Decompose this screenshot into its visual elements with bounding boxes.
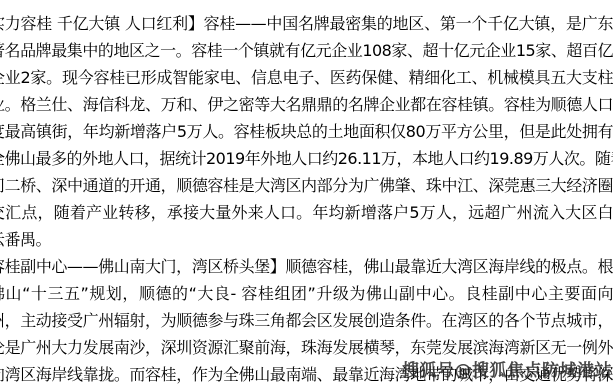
text-line: 佛山“十三五”规划，顺德的“大良- 容桂组团”升级为佛山副中心。良桂副中心主要面… (0, 280, 613, 307)
text-line: 州，主动接受广州辐射，为顺德参与珠三角都会区发展创造条件。在湾区的各个节点城市， (0, 307, 613, 334)
text-line: 实力容桂 千亿大镇 人口红利】容桂——中国名牌最密集的地区、第一个千亿大镇，是广… (0, 10, 613, 37)
text-line: 交汇点，随着产业转移，承接大量外来人口。年均新增落户5万人，远超广州流入大区白 (0, 199, 613, 226)
text-line: 全佛山最多的外地人口，据统计2019年外地人口约26.11万，本地人口约19.8… (0, 145, 613, 172)
text-line: 企业2家。现今容桂已形成智能家电、信息电子、医药保健、精细化工、机械模具五大支柱 (0, 64, 613, 91)
text-line: 度最高镇街，年均新增落户5万人。容桂板块总的土地面积仅80万平方公里，但是此处拥… (0, 118, 613, 145)
text-line: 门二桥、深中通道的开通，顺德容桂是大湾区内部分为广佛肇、珠中江、深莞惠三大经济圈 (0, 172, 613, 199)
text-line: 业。格兰仕、海信科龙、万和、伊之密等大名鼎鼎的名牌企业都在容桂镇。容桂为顺德人口 (0, 91, 613, 118)
text-line-paragraph-end: 云番禺。 (0, 226, 613, 253)
article-text: 实力容桂 千亿大镇 人口红利】容桂——中国名牌最密集的地区、第一个千亿大镇，是广… (0, 10, 613, 385)
text-line: 容桂副中心——佛山南大门，湾区桥头堡】顺德容桂，佛山最靠近大湾区海岸线的极点。根 (0, 253, 613, 280)
sohu-watermark: 搜狐号@搜狐焦点防城港站 (402, 356, 612, 381)
text-line: 著名品牌最集中的地区之一。容桂一个镇就有亿元企业108家、超十亿元企业15家、超… (0, 37, 613, 64)
